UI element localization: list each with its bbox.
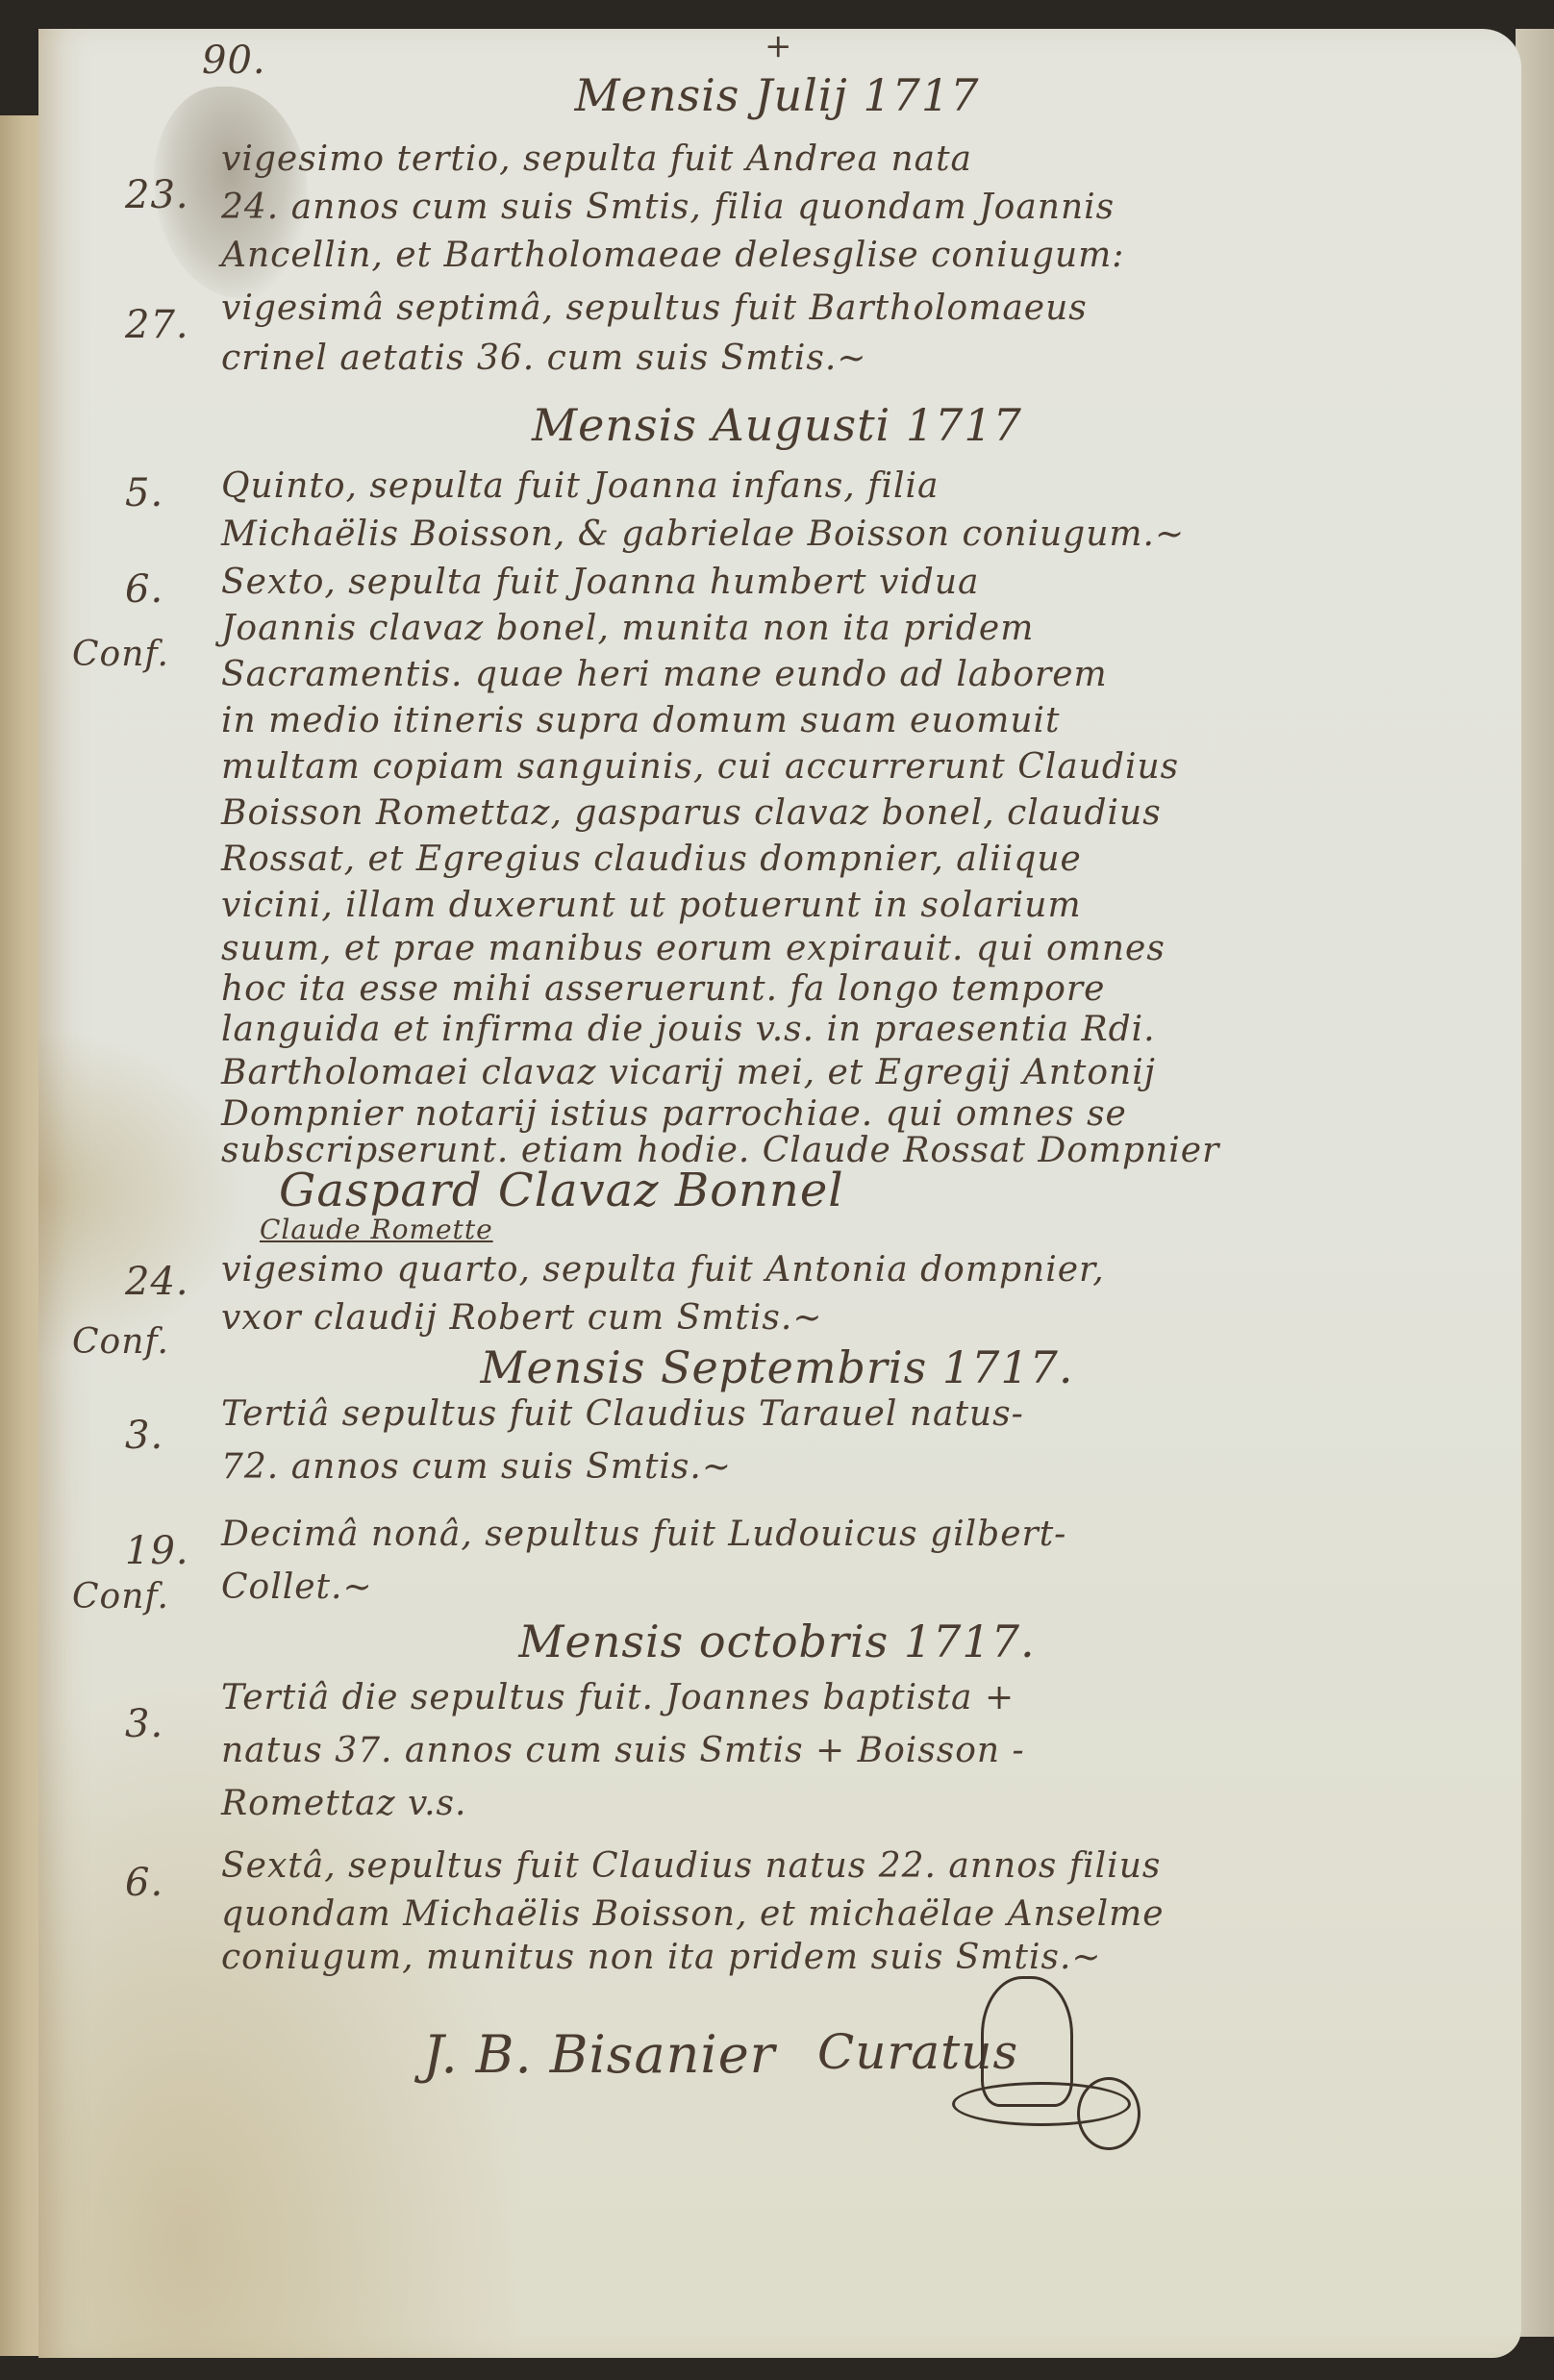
entry-day: 6. [125, 567, 163, 612]
entry-line: Boisson Romettaz, gasparus clavaz bonel,… [221, 793, 1162, 833]
entry-day: 27. [125, 303, 189, 347]
month-heading-october: Mensis octobris 1717. [0, 1616, 1554, 1667]
entry-line: Romettaz v.s. [221, 1784, 466, 1823]
entry-line: 24. annos cum suis Smtis, filia quondam … [221, 188, 1115, 227]
entry-line: crinel aetatis 36. cum suis Smtis.~ [221, 338, 867, 378]
witness-signature: Claude Romette [260, 1214, 493, 1245]
entry-line: Tertiâ die sepultus fuit. Joannes baptis… [221, 1678, 1015, 1717]
entry-line: Sextâ, sepultus fuit Claudius natus 22. … [221, 1846, 1161, 1886]
month-heading-august: Mensis Augusti 1717 [0, 399, 1554, 451]
entry-line: Collet.~ [221, 1567, 373, 1607]
entry-line: vxor claudij Robert cum Smtis.~ [221, 1298, 823, 1338]
entry-day: 3. [125, 1414, 163, 1458]
entry-line: Ancellin, et Bartholomaeae delesglise co… [221, 236, 1124, 275]
entry-day: 19. [125, 1529, 189, 1573]
witness-signature: Gaspard Clavaz Bonnel [279, 1164, 844, 1217]
adjacent-page-edge [1516, 29, 1554, 2337]
entry-day: 23. [125, 173, 189, 217]
entry-line: vigesimo tertio, sepulta fuit Andrea nat… [221, 139, 972, 179]
entry-line: natus 37. annos cum suis Smtis + Boisson… [221, 1731, 1025, 1770]
entry-line: Michaëlis Boisson, & gabrielae Boisson c… [221, 514, 1185, 554]
entry-line: multam copiam sanguinis, cui accurrerunt… [221, 747, 1179, 787]
entry-day: 5. [125, 471, 163, 515]
entry-day: 24. [125, 1260, 189, 1304]
month-heading-september: Mensis Septembris 1717. [0, 1341, 1554, 1393]
cross-mark: + [764, 27, 793, 65]
entry-line: Bartholomaei clavaz vicarij mei, et Egre… [221, 1053, 1156, 1092]
entry-line: Sexto, sepulta fuit Joanna humbert vidua [221, 563, 980, 602]
entry-line: Tertiâ sepultus fuit Claudius Tarauel na… [221, 1394, 1024, 1434]
entry-line: Rossat, et Egregius claudius dompnier, a… [221, 839, 1082, 879]
entry-line: Quinto, sepulta fuit Joanna infans, fili… [221, 466, 939, 506]
entry-line: Dompnier notarij istius parrochiae. qui … [221, 1094, 1127, 1134]
entry-line: languida et infirma die jouis v.s. in pr… [221, 1010, 1156, 1049]
month-heading-july: Mensis Julij 1717 [0, 69, 1554, 121]
entry-line: vigesimo quarto, sepulta fuit Antonia do… [221, 1250, 1105, 1290]
entry-line: 72. annos cum suis Smtis.~ [221, 1447, 732, 1487]
entry-line: vicini, illam duxerunt ut potuerunt in s… [221, 886, 1082, 925]
margin-note-conf: Conf. [72, 1577, 169, 1616]
entry-line: Sacramentis. quae heri mane eundo ad lab… [221, 655, 1108, 694]
entry-day: 6. [125, 1861, 163, 1905]
entry-line: suum, et prae manibus eorum expirauit. q… [221, 929, 1165, 968]
signature-flourish [1077, 2077, 1140, 2150]
entry-line: Decimâ nonâ, sepultus fuit Ludouicus gil… [221, 1515, 1066, 1554]
margin-note-conf: Conf. [72, 635, 169, 674]
entry-line: hoc ita esse mihi asseruerunt. fa longo … [221, 969, 1105, 1009]
entry-day: 3. [125, 1702, 163, 1746]
entry-line: quondam Michaëlis Boisson, et michaëlae … [221, 1894, 1165, 1934]
entry-line: Joannis clavaz bonel, munita non ita pri… [221, 609, 1034, 648]
entry-line: in medio itineris supra domum suam euomu… [221, 701, 1061, 740]
entry-line: vigesimâ septimâ, sepultus fuit Bartholo… [221, 288, 1088, 328]
curate-signature-name: J. B. Bisanier [423, 2024, 775, 2085]
entry-line: coniugum, munitus non ita pridem suis Sm… [221, 1938, 1102, 1977]
